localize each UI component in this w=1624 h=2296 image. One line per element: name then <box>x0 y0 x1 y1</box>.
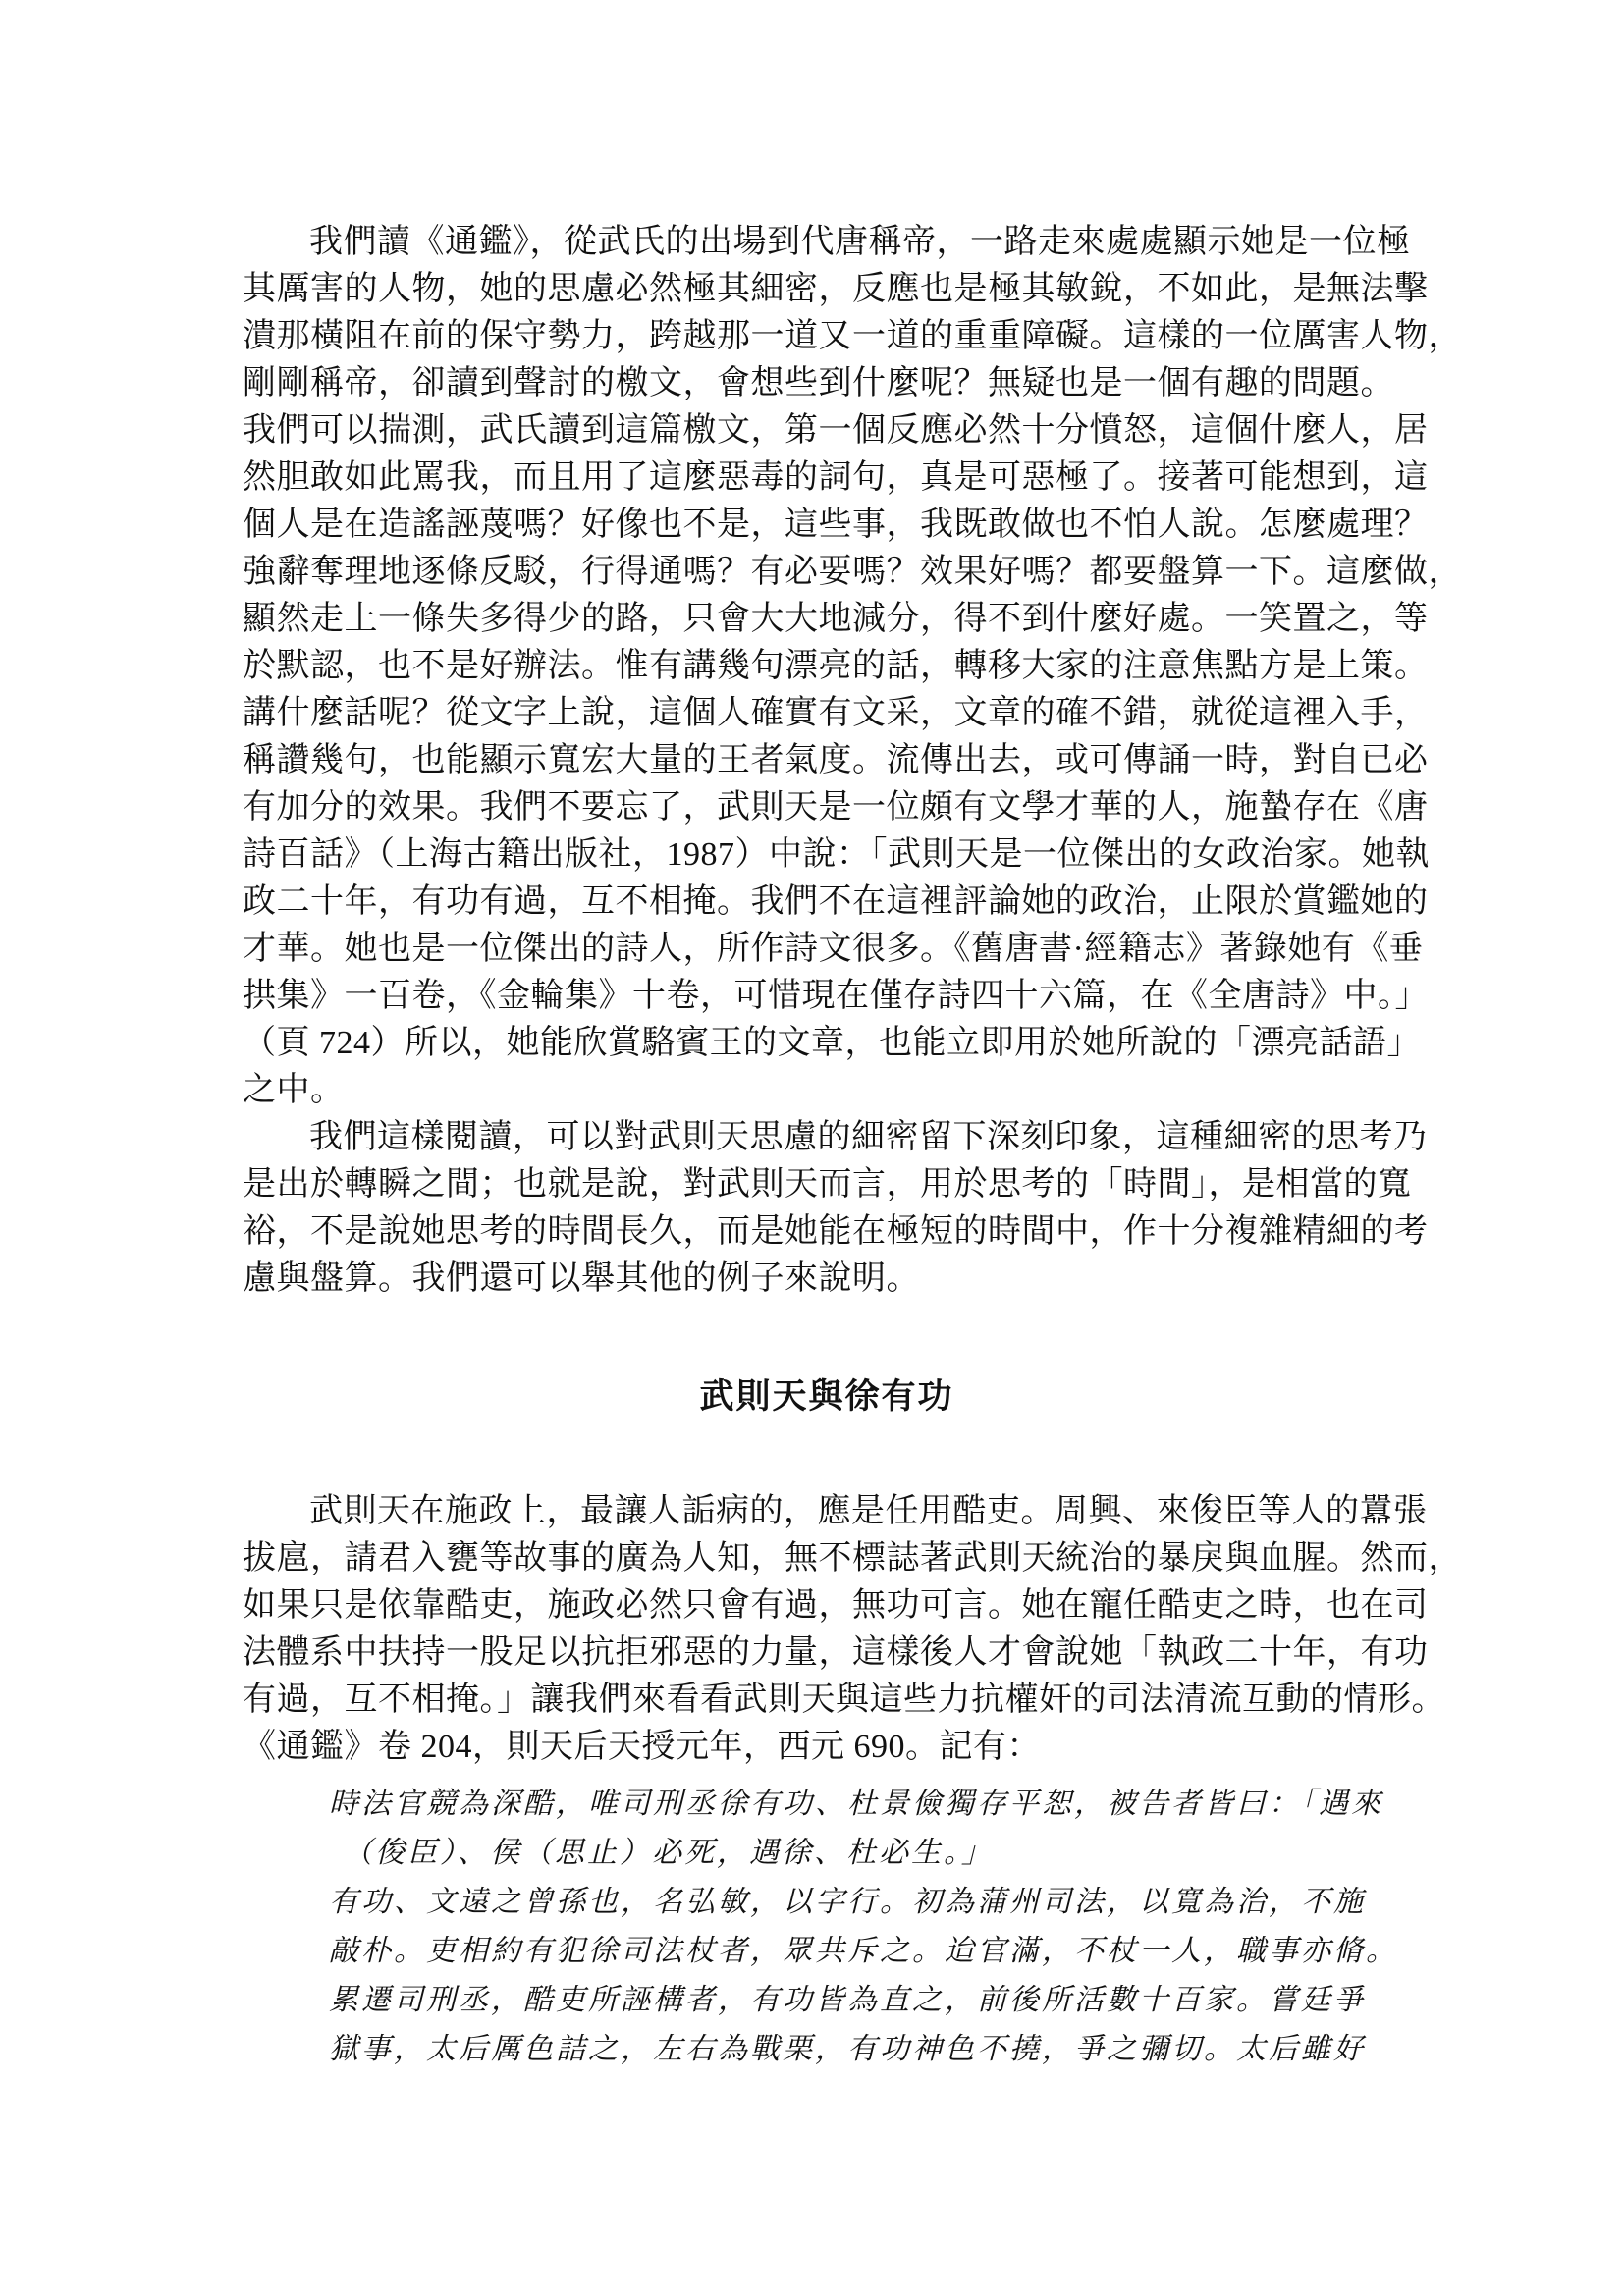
text-line: 獄事，太后厲色詰之，左右為戰栗，有功神色不撓，爭之彌切。太后雖好 <box>329 2025 1411 2074</box>
text-line: 潰那橫阻在前的保守勢力，跨越那一道又一道的重重障礙。這樣的一位厲害人物， <box>243 313 1411 360</box>
text-line: 強辭奪理地逐條反駁，行得通嗎？有必要嗎？效果好嗎？都要盤算一下。這麼做， <box>243 549 1411 596</box>
section-heading: 武則天與徐有功 <box>243 1373 1411 1420</box>
text-line: 拔扈，請君入甕等故事的廣為人知，無不標誌著武則天統治的暴戾與血腥。然而， <box>243 1535 1411 1582</box>
text-line: 政二十年，有功有過，互不相掩。我們不在這裡評論她的政治，止限於賞鑑她的 <box>243 879 1411 926</box>
text-line: 有過，互不相掩。」讓我們來看看武則天與這些力抗權奸的司法清流互動的情形。 <box>243 1677 1411 1724</box>
reflection-paragraph: 我們這樣閱讀，可以對武則天思慮的細密留下深刻印象，這種細密的思考乃是出於轉瞬之間… <box>243 1114 1411 1303</box>
text-line: 我們可以揣測，武氏讀到這篇檄文，第一個反應必然十分憤怒，這個什麼人，居 <box>243 407 1411 454</box>
quote-block: 時法官競為深酷，唯司刑丞徐有功、杜景儉獨存平恕，被告者皆曰：「遇來（俊臣）、侯（… <box>329 1780 1411 2074</box>
text-line: 稱讚幾句，也能顯示寬宏大量的王者氣度。流傳出去，或可傳誦一時，對自已必 <box>243 737 1411 784</box>
text-line: 敲朴。吏相約有犯徐司法杖者，眾共斥之。迨官滿，不杖一人，職事亦脩。 <box>329 1927 1411 1976</box>
text-line: 我們這樣閱讀，可以對武則天思慮的細密留下深刻印象，這種細密的思考乃 <box>243 1114 1411 1161</box>
page-content: 我們讀《通鑑》，從武氏的出場到代唐稱帝，一路走來處處顯示她是一位極其厲害的人物，… <box>243 219 1411 2074</box>
document-page: 我們讀《通鑑》，從武氏的出場到代唐稱帝，一路走來處處顯示她是一位極其厲害的人物，… <box>0 0 1624 2296</box>
text-line: 然胆敢如此罵我，而且用了這麼惡毒的詞句，真是可惡極了。接著可能想到，這 <box>243 454 1411 502</box>
text-line: （俊臣）、侯（思止）必死，遇徐、杜必生。」 <box>329 1829 1411 1878</box>
text-line: 剛剛稱帝，卻讀到聲討的檄文，會想些到什麼呢？無疑也是一個有趣的問題。 <box>243 360 1411 407</box>
text-line: 顯然走上一條失多得少的路，只會大大地減分，得不到什麼好處。一笑置之，等 <box>243 596 1411 643</box>
text-line: 時法官競為深酷，唯司刑丞徐有功、杜景儉獨存平恕，被告者皆曰：「遇來 <box>329 1780 1411 1829</box>
text-line: 有加分的效果。我們不要忘了，武則天是一位頗有文學才華的人，施蟄存在《唐 <box>243 784 1411 831</box>
text-line: 詩百話》（上海古籍出版社，1987）中說：「武則天是一位傑出的女政治家。她執 <box>243 831 1411 879</box>
text-line: 法體系中扶持一股足以抗拒邪惡的力量，這樣後人才會說她「執政二十年，有功 <box>243 1629 1411 1677</box>
text-line: 《通鑑》卷 204，則天后天授元年，西元 690。記有： <box>243 1724 1411 1771</box>
text-line: 之中。 <box>243 1067 1411 1114</box>
intro-paragraph: 我們讀《通鑑》，從武氏的出場到代唐稱帝，一路走來處處顯示她是一位極其厲害的人物，… <box>243 219 1411 1114</box>
text-line: 慮與盤算。我們還可以舉其他的例子來說明。 <box>243 1255 1411 1303</box>
text-line: 裕，不是說她思考的時間長久，而是她能在極短的時間中，作十分複雜精細的考 <box>243 1208 1411 1255</box>
text-line: 我們讀《通鑑》，從武氏的出場到代唐稱帝，一路走來處處顯示她是一位極 <box>243 219 1411 266</box>
text-line: 於默認，也不是好辦法。惟有講幾句漂亮的話，轉移大家的注意焦點方是上策。 <box>243 643 1411 690</box>
text-line: 武則天在施政上，最讓人詬病的，應是任用酷吏。周興、來俊臣等人的囂張 <box>243 1488 1411 1535</box>
text-line: 講什麼話呢？從文字上說，這個人確實有文采，文章的確不錯，就從這裡入手， <box>243 690 1411 737</box>
section-paragraph: 武則天在施政上，最讓人詬病的，應是任用酷吏。周興、來俊臣等人的囂張拔扈，請君入甕… <box>243 1488 1411 1771</box>
text-line: 如果只是依靠酷吏，施政必然只會有過，無功可言。她在寵任酷吏之時，也在司 <box>243 1582 1411 1629</box>
text-line: （頁 724）所以，她能欣賞駱賓王的文章，也能立即用於她所說的「漂亮話語」 <box>243 1020 1411 1067</box>
text-line: 其厲害的人物，她的思慮必然極其細密，反應也是極其敏銳，不如此，是無法擊 <box>243 266 1411 313</box>
text-line: 拱集》一百卷，《金輪集》十卷，可惜現在僅存詩四十六篇，在《全唐詩》中。」 <box>243 973 1411 1020</box>
text-line: 累遷司刑丞，酷吏所誣構者，有功皆為直之，前後所活數十百家。嘗廷爭 <box>329 1976 1411 2025</box>
text-line: 是出於轉瞬之間；也就是說，對武則天而言，用於思考的「時間」，是相當的寬 <box>243 1161 1411 1208</box>
text-line: 個人是在造謠誣蔑嗎？好像也不是，這些事，我既敢做也不怕人說。怎麼處理？ <box>243 502 1411 549</box>
text-line: 才華。她也是一位傑出的詩人，所作詩文很多。《舊唐書·經籍志》著錄她有《垂 <box>243 926 1411 973</box>
text-line: 有功、文遠之曾孫也，名弘敏，以字行。初為蒲州司法，以寬為治，不施 <box>329 1878 1411 1927</box>
